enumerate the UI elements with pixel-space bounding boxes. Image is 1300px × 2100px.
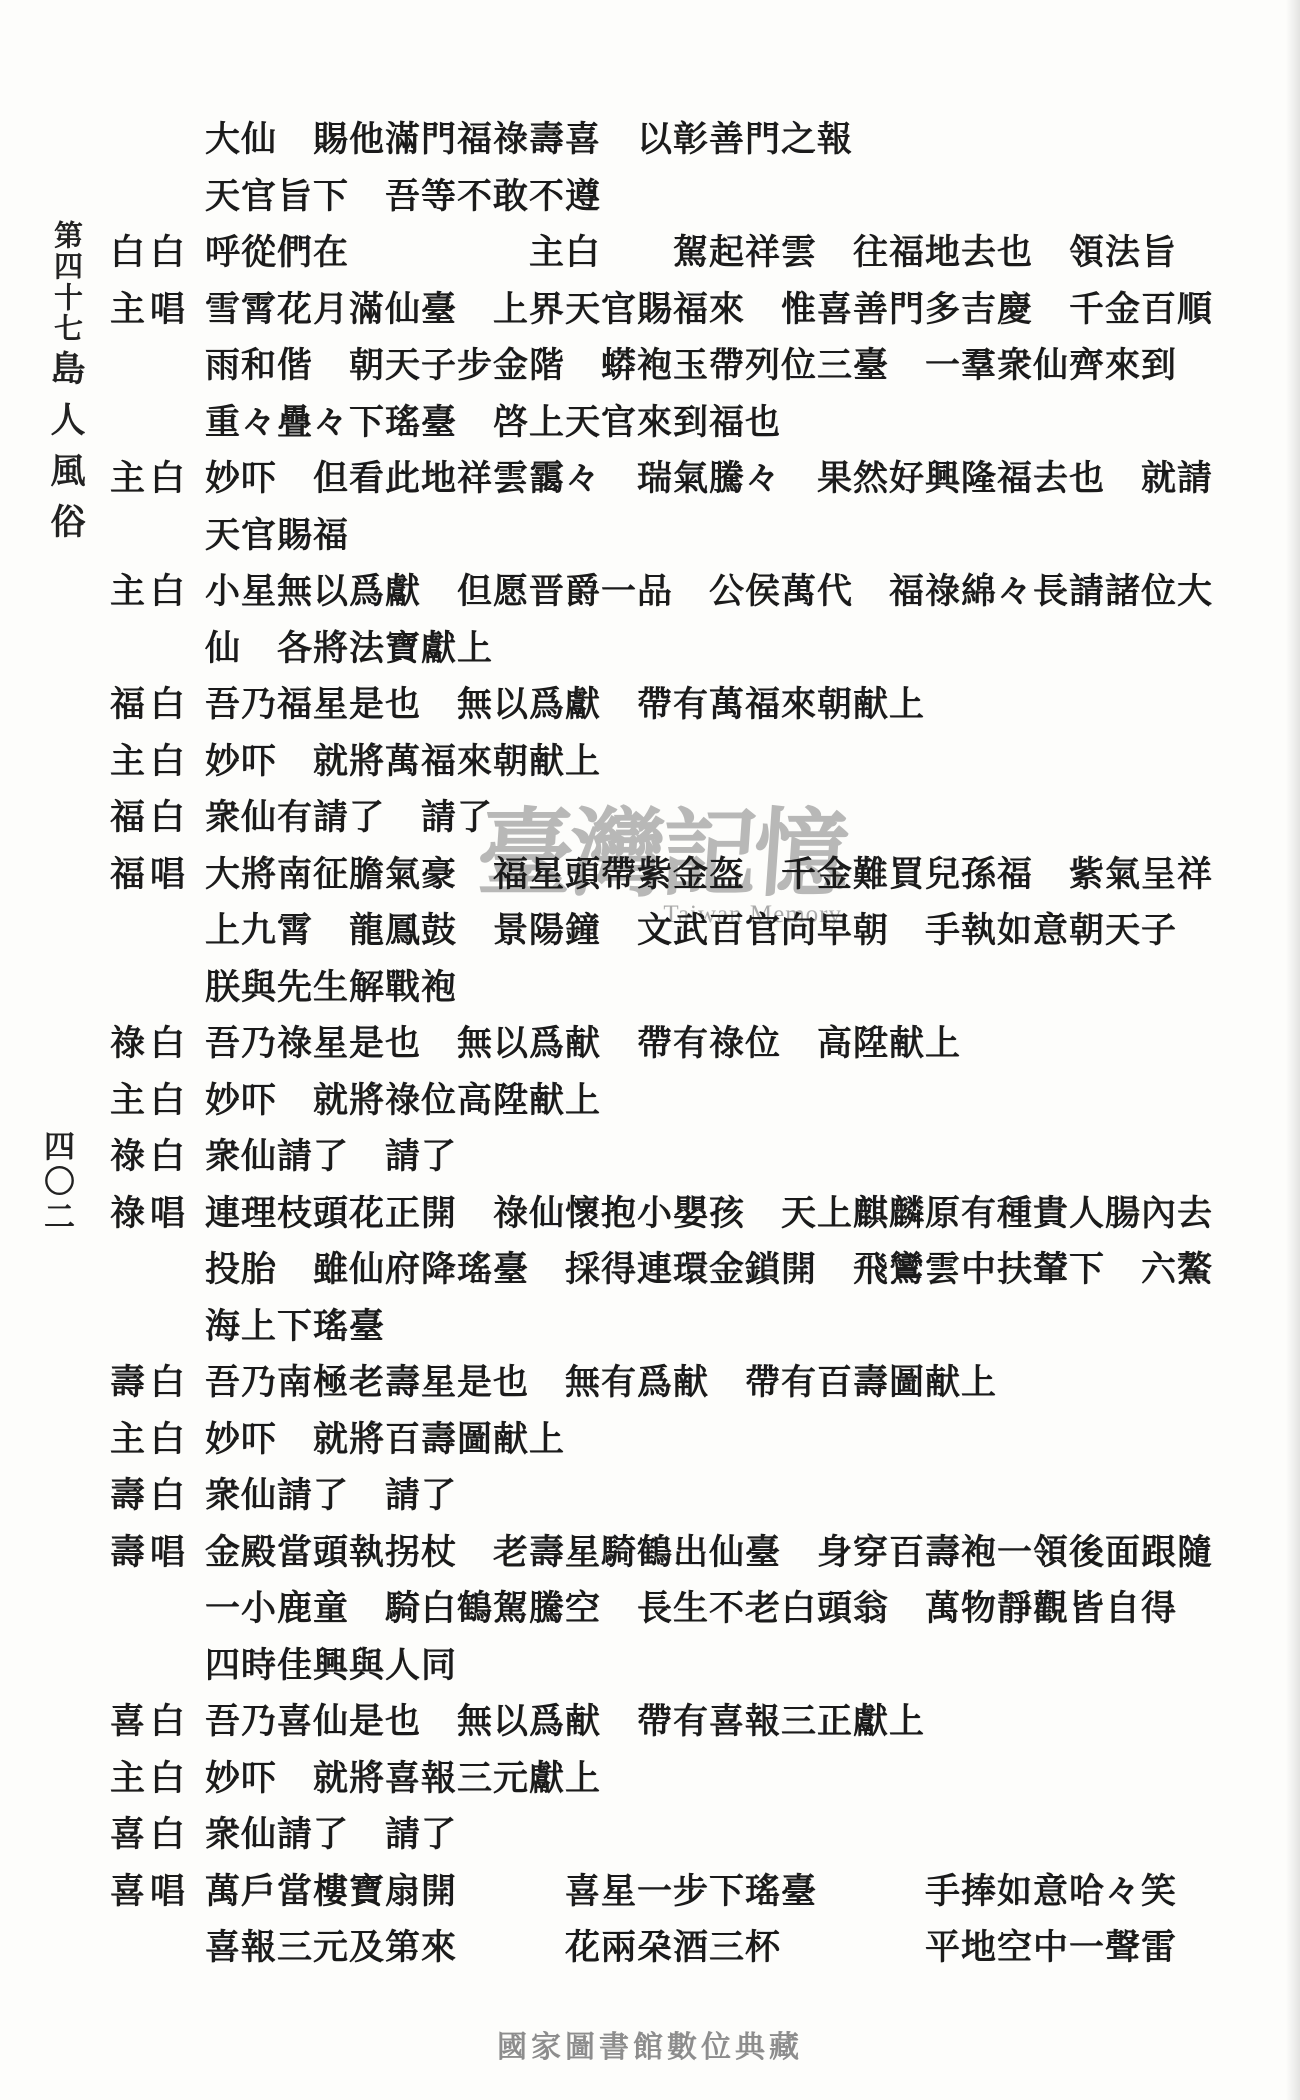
script-line: 四時佳興與人同	[110, 1638, 1264, 1695]
script-line: 主唱 雪霄花月滿仙臺 上界天官賜福來 惟喜善門多吉慶 千金百順	[110, 282, 1264, 339]
script-line: 喜白 吾乃喜仙是也 無以爲献 帶有喜報三正獻上	[110, 1694, 1264, 1751]
line-text: 金殿當頭執拐杖 老壽星騎鶴出仙臺 身穿百壽袍一領後面跟隨	[205, 1525, 1264, 1582]
line-text: 仙 各將法寶獻上	[205, 621, 1264, 678]
line-text: 重々疊々下瑤臺 啓上天官來到福也	[205, 395, 1264, 452]
script-body: 大仙 賜他滿門福祿壽喜 以彰善門之報 天官旨下 吾等不敢不遵 白白 呼從們在 主…	[110, 112, 1264, 1977]
speaker-label: 福唱	[110, 847, 205, 904]
script-line: 主白 妙吓 就將百壽圖献上	[110, 1412, 1264, 1469]
script-line: 福白 衆仙有請了 請了	[110, 790, 1264, 847]
line-text: 妙吓 就將喜報三元獻上	[205, 1751, 1264, 1808]
line-text: 吾乃南極老壽星是也 無有爲献 帶有百壽圖献上	[205, 1355, 1264, 1412]
script-line: 朕與先生解戰袍	[110, 960, 1264, 1017]
speaker-label: 祿白	[110, 1016, 205, 1073]
speaker-label	[110, 1920, 205, 1977]
speaker-label: 主白	[110, 564, 205, 621]
script-line: 祿白 吾乃祿星是也 無以爲献 帶有祿位 高陞献上	[110, 1016, 1264, 1073]
line-text: 一小鹿童 騎白鶴駕騰空 長生不老白頭翁 萬物靜觀皆自得	[205, 1581, 1264, 1638]
speaker-label: 喜唱	[110, 1864, 205, 1921]
script-line: 祿唱 連理枝頭花正開 祿仙懷抱小嬰孩 天上麒麟原有種貴人腸內去	[110, 1186, 1264, 1243]
speaker-label: 壽唱	[110, 1525, 205, 1582]
speaker-label: 祿白	[110, 1129, 205, 1186]
line-text: 連理枝頭花正開 祿仙懷抱小嬰孩 天上麒麟原有種貴人腸內去	[205, 1186, 1264, 1243]
script-line: 主白 妙吓 就將萬福來朝献上	[110, 734, 1264, 791]
script-line: 壽白 衆仙請了 請了	[110, 1468, 1264, 1525]
speaker-label: 主白	[110, 1412, 205, 1469]
line-text: 衆仙請了 請了	[205, 1807, 1264, 1864]
line-text: 妙吓 就將祿位高陞献上	[205, 1073, 1264, 1130]
line-text: 妙吓 但看此地祥雲靄々 瑞氣騰々 果然好興隆福去也 就請	[205, 451, 1264, 508]
line-text: 投胎 雖仙府降瑤臺 採得連環金鎖開 飛鸞雲中扶輦下 六鰲	[205, 1242, 1264, 1299]
line-text: 呼從們在 主白 駕起祥雲 往福地去也 領法旨	[205, 225, 1264, 282]
speaker-label: 主白	[110, 1751, 205, 1808]
script-line: 投胎 雖仙府降瑤臺 採得連環金鎖開 飛鸞雲中扶輦下 六鰲	[110, 1242, 1264, 1299]
script-line: 主白 妙吓 就將祿位高陞献上	[110, 1073, 1264, 1130]
line-text: 天官賜福	[205, 508, 1264, 565]
script-line: 福唱 大將南征膽氣豪 福星頭帶紫金盔 千金難買兒孫福 紫氣呈祥	[110, 847, 1264, 904]
line-text: 喜報三元及第來 花兩朶酒三杯 平地空中一聲雷	[205, 1920, 1264, 1977]
speaker-label: 壽白	[110, 1355, 205, 1412]
speaker-label	[110, 508, 205, 565]
speaker-label: 壽白	[110, 1468, 205, 1525]
line-text: 上九霄 龍鳳鼓 景陽鐘 文武百官向早朝 手執如意朝天子	[205, 903, 1264, 960]
script-line: 仙 各將法寶獻上	[110, 621, 1264, 678]
speaker-label: 福白	[110, 677, 205, 734]
script-line: 福白 吾乃福星是也 無以爲獻 帶有萬福來朝献上	[110, 677, 1264, 734]
script-line: 主白 妙吓 就將喜報三元獻上	[110, 1751, 1264, 1808]
script-line: 主白 妙吓 但看此地祥雲靄々 瑞氣騰々 果然好興隆福去也 就請	[110, 451, 1264, 508]
speaker-label	[110, 112, 205, 169]
speaker-label: 主唱	[110, 282, 205, 339]
line-text: 海上下瑤臺	[205, 1299, 1264, 1356]
speaker-label	[110, 169, 205, 226]
margin-page-number: 四〇二	[34, 1130, 79, 1235]
script-line: 天官賜福	[110, 508, 1264, 565]
speaker-label	[110, 621, 205, 678]
line-text: 衆仙有請了 請了	[205, 790, 1264, 847]
script-line: 喜白 衆仙請了 請了	[110, 1807, 1264, 1864]
speaker-label: 主白	[110, 1073, 205, 1130]
margin-section-title: 島人風俗	[40, 350, 90, 554]
line-text: 吾乃喜仙是也 無以爲献 帶有喜報三正獻上	[205, 1694, 1264, 1751]
line-text: 天官旨下 吾等不敢不遵	[205, 169, 1264, 226]
script-line: 上九霄 龍鳳鼓 景陽鐘 文武百官向早朝 手執如意朝天子	[110, 903, 1264, 960]
line-text: 妙吓 就將百壽圖献上	[205, 1412, 1264, 1469]
speaker-label	[110, 1638, 205, 1695]
line-text: 朕與先生解戰袍	[205, 960, 1264, 1017]
script-line: 白白 呼從們在 主白 駕起祥雲 往福地去也 領法旨	[110, 225, 1264, 282]
speaker-label: 福白	[110, 790, 205, 847]
script-line: 天官旨下 吾等不敢不遵	[110, 169, 1264, 226]
line-text: 大將南征膽氣豪 福星頭帶紫金盔 千金難買兒孫福 紫氣呈祥	[205, 847, 1264, 904]
script-line: 雨和偕 朝天子步金階 蟒袍玉帶列位三臺 一羣衆仙齊來到	[110, 338, 1264, 395]
speaker-label	[110, 338, 205, 395]
script-line: 祿白 衆仙請了 請了	[110, 1129, 1264, 1186]
speaker-label: 祿唱	[110, 1186, 205, 1243]
line-text: 萬戶當樓寶扇開 喜星一步下瑤臺 手捧如意哈々笑	[205, 1864, 1264, 1921]
speaker-label	[110, 903, 205, 960]
script-line: 壽唱 金殿當頭執拐杖 老壽星騎鶴出仙臺 身穿百壽袍一領後面跟隨	[110, 1525, 1264, 1582]
line-text: 雨和偕 朝天子步金階 蟒袍玉帶列位三臺 一羣衆仙齊來到	[205, 338, 1264, 395]
margin-chapter-title: 第四十七	[46, 220, 87, 344]
footer-caption: 國家圖書館數位典藏	[0, 2022, 1300, 2066]
line-text: 衆仙請了 請了	[205, 1468, 1264, 1525]
script-line: 重々疊々下瑤臺 啓上天官來到福也	[110, 395, 1264, 452]
speaker-label	[110, 960, 205, 1017]
speaker-label	[110, 1581, 205, 1638]
script-line: 主白 小星無以爲獻 但愿晋爵一品 公侯萬代 福祿綿々長請諸位大	[110, 564, 1264, 621]
speaker-label: 白白	[110, 225, 205, 282]
script-line: 壽白 吾乃南極老壽星是也 無有爲献 帶有百壽圖献上	[110, 1355, 1264, 1412]
script-line: 海上下瑤臺	[110, 1299, 1264, 1356]
speaker-label: 主白	[110, 734, 205, 791]
line-text: 小星無以爲獻 但愿晋爵一品 公侯萬代 福祿綿々長請諸位大	[205, 564, 1264, 621]
line-text: 衆仙請了 請了	[205, 1129, 1264, 1186]
line-text: 大仙 賜他滿門福祿壽喜 以彰善門之報	[205, 112, 1264, 169]
line-text: 雪霄花月滿仙臺 上界天官賜福來 惟喜善門多吉慶 千金百順	[205, 282, 1264, 339]
speaker-label: 喜白	[110, 1807, 205, 1864]
line-text: 吾乃福星是也 無以爲獻 帶有萬福來朝献上	[205, 677, 1264, 734]
speaker-label	[110, 1242, 205, 1299]
script-line: 喜唱 萬戶當樓寶扇開 喜星一步下瑤臺 手捧如意哈々笑	[110, 1864, 1264, 1921]
script-line: 大仙 賜他滿門福祿壽喜 以彰善門之報	[110, 112, 1264, 169]
line-text: 妙吓 就將萬福來朝献上	[205, 734, 1264, 791]
speaker-label	[110, 395, 205, 452]
speaker-label	[110, 1299, 205, 1356]
speaker-label: 喜白	[110, 1694, 205, 1751]
scanned-document-page: 第四十七 島人風俗 四〇二 臺灣記憶 Taiwan Memory 大仙 賜他滿門…	[0, 0, 1300, 2100]
line-text: 四時佳興與人同	[205, 1638, 1264, 1695]
script-line: 喜報三元及第來 花兩朶酒三杯 平地空中一聲雷	[110, 1920, 1264, 1977]
speaker-label: 主白	[110, 451, 205, 508]
line-text: 吾乃祿星是也 無以爲献 帶有祿位 高陞献上	[205, 1016, 1264, 1073]
script-line: 一小鹿童 騎白鶴駕騰空 長生不老白頭翁 萬物靜觀皆自得	[110, 1581, 1264, 1638]
